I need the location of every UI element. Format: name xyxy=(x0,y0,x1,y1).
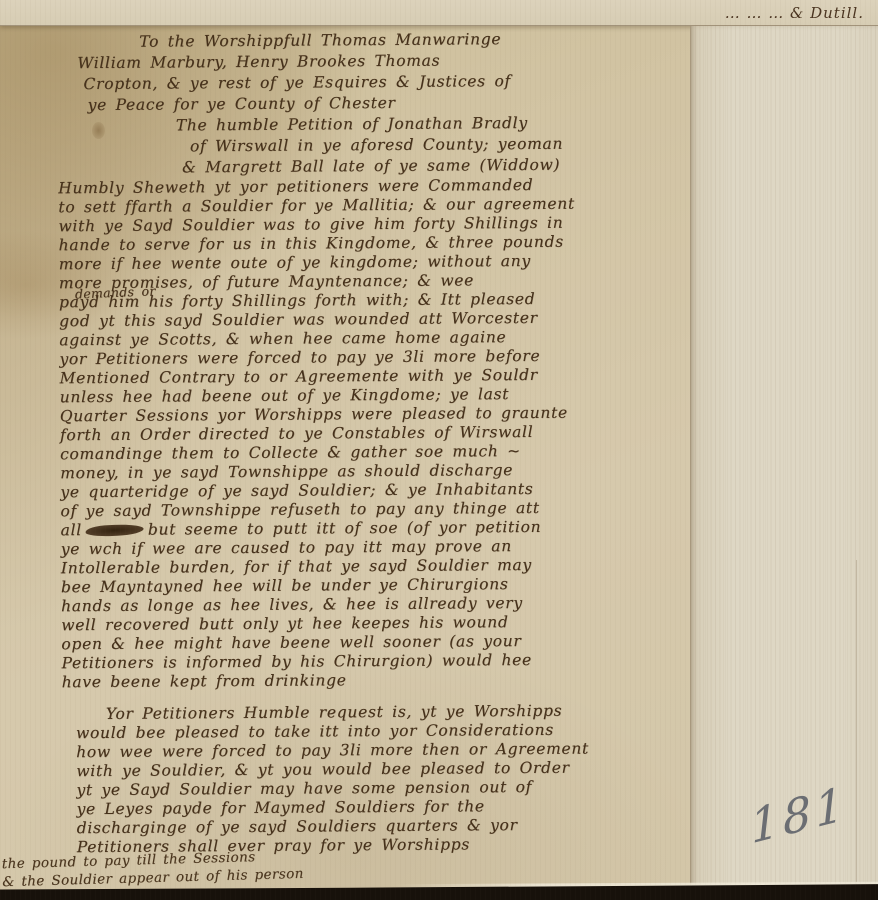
manuscript-scan: … … … & Dutill. 181 To the Worshippfull … xyxy=(0,0,878,900)
deletion-pre-text: all xyxy=(61,521,82,539)
clerk-annotations: the pound to pay till the Sessions & the… xyxy=(2,847,304,891)
sheet-edge-line xyxy=(856,560,858,888)
petition-text: To the Worshippfull Thomas Manwaringe Wi… xyxy=(55,28,709,858)
manuscript-line: have beene kept from drinkinge xyxy=(62,669,708,693)
adjacent-page-margin: 181 xyxy=(690,26,878,888)
folio-number-pencil: 181 xyxy=(749,776,850,855)
overlapping-sheet-edge: … … … & Dutill. xyxy=(0,0,878,26)
inked-out-word xyxy=(86,523,144,536)
docket-fragment: … … … & Dutill. xyxy=(725,4,864,22)
deletion-post-text: but seeme to putt itt of soe (of yor pet… xyxy=(148,518,542,539)
